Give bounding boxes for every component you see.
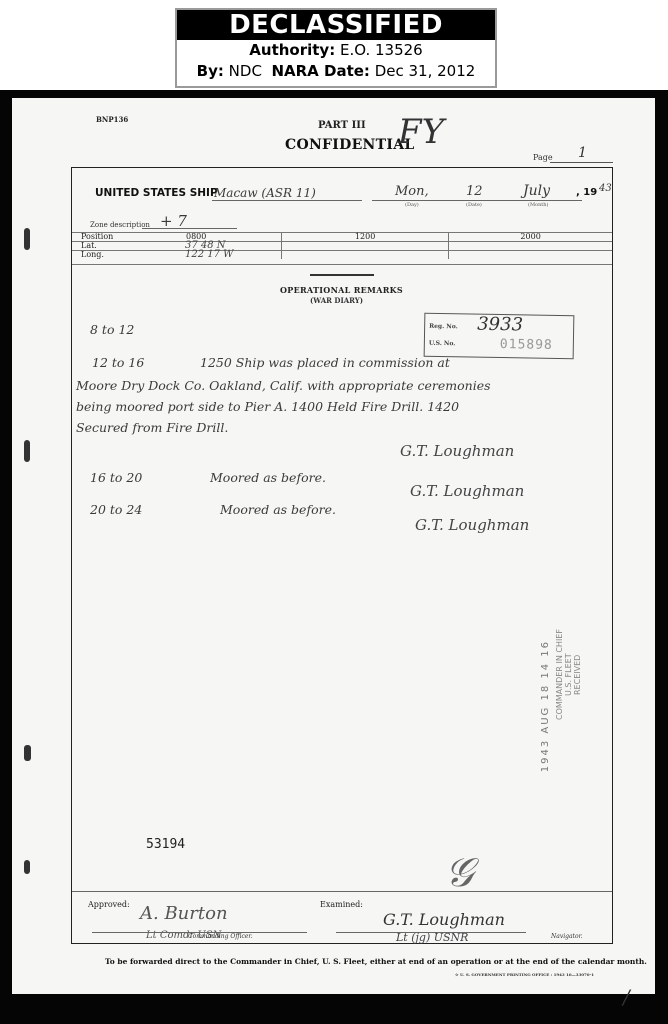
printer-mark: ☆ U. S. GOVERNMENT PRINTING OFFICE : 194… (455, 972, 594, 977)
punch-hole (24, 440, 30, 462)
lat-1200 (282, 242, 449, 251)
nara-date-label: NARA Date: (271, 62, 369, 80)
punch-hole (24, 860, 30, 874)
entry-line: Secured from Fire Drill. (76, 420, 228, 435)
part-label: PART III (318, 120, 366, 131)
page-number: 1 (578, 145, 587, 161)
approved-label: Approved: (88, 900, 130, 909)
page-mark: / (623, 985, 630, 1009)
watch-20-24: 20 to 24 (90, 502, 142, 517)
watch-officer-signature: G.T. Loughman (410, 482, 524, 500)
navigator-label: Navigator. (551, 933, 583, 940)
us-value: 015898 (500, 337, 553, 353)
declassified-title: DECLASSIFIED (177, 10, 495, 40)
registration-stamp: Reg. No. 3933 U.S. No. 015898 (424, 313, 575, 360)
watch-16-20: 16 to 20 (90, 470, 142, 485)
zone-value: + 7 (160, 212, 187, 230)
entry-text: Moored as before. (220, 502, 336, 517)
entry-text: Moored as before. (210, 470, 326, 485)
watch-officer-signature: G.T. Loughman (400, 442, 514, 460)
us-label: U.S. No. (429, 340, 456, 347)
watch-12-16: 12 to 16 (92, 355, 144, 370)
date-underline (372, 200, 582, 201)
remarks-subtitle: (WAR DIARY) (310, 296, 363, 305)
received-stamp: COMMANDER IN CHIEF U.S. FLEET RECEIVED (555, 610, 635, 740)
ship-label: UNITED STATES SHIP (95, 187, 218, 199)
date-value: 12 (466, 184, 483, 199)
signature-rule (72, 891, 612, 892)
examined-signature: G.T. Loughman (383, 910, 505, 929)
table-row: Position 0800 1200 2000 (72, 233, 612, 242)
by-label: By: (197, 62, 224, 80)
nav-signature-line (336, 932, 526, 933)
approved-signature: A. Burton (140, 903, 228, 924)
reg-value: 3933 (477, 314, 523, 336)
entry-line: being moored port side to Pier A. 1400 H… (76, 399, 459, 414)
ship-name: Macaw (ASR 11) (214, 186, 316, 200)
section-rule (310, 274, 374, 276)
punch-hole (24, 745, 31, 761)
received-line: U.S. FLEET (564, 610, 573, 740)
long-2000 (449, 251, 612, 260)
long-0800: 122 17 W (176, 251, 282, 260)
document-number: 53194 (146, 837, 185, 852)
lat-2000 (449, 242, 612, 251)
long-1200 (282, 251, 449, 260)
zone-label: Zone description (90, 221, 150, 229)
received-line: RECEIVED (573, 610, 582, 740)
entry-line: Moore Dry Dock Co. Oakland, Calif. with … (76, 378, 491, 393)
remarks-title: OPERATIONAL REMARKS (280, 285, 403, 295)
time-1200: 1200 (282, 233, 449, 242)
table-row: Long. 122 17 W (72, 251, 612, 260)
year-prefix: , 19 (576, 187, 597, 198)
day-label: (Day) (405, 202, 419, 208)
file-mark: FY (398, 112, 444, 152)
table-row: Lat. 37 48 N (72, 242, 612, 251)
co-label: Commanding Officer. (188, 933, 253, 940)
authority-label: Authority: (249, 41, 335, 59)
watch-8-12: 8 to 12 (90, 322, 134, 337)
page-underline (550, 162, 613, 163)
footer-instruction: To be forwarded direct to the Commander … (105, 957, 647, 966)
month-value: July (523, 183, 550, 199)
form-frame (71, 167, 613, 944)
authority-line: Authority: E.O. 13526 (177, 40, 495, 61)
table-bottom-rule (72, 264, 612, 265)
examined-label: Examined: (320, 900, 363, 909)
received-date: 1943 AUG 18 14 16 (540, 640, 551, 772)
row-label: Long. (72, 251, 176, 260)
reg-label: Reg. No. (429, 323, 458, 330)
month-label: (Month) (528, 202, 548, 208)
punch-hole (24, 228, 30, 250)
authority-value: E.O. 13526 (340, 41, 423, 59)
position-table: Position 0800 1200 2000 Lat. 37 48 N Lon… (72, 232, 612, 259)
by-line: By: NDC NARA Date: Dec 31, 2012 (177, 61, 495, 82)
page-label: Page (533, 153, 553, 162)
time-2000: 2000 (449, 233, 612, 242)
declassified-stamp: DECLASSIFIED Authority: E.O. 13526 By: N… (175, 8, 497, 88)
day-value: Mon, (395, 184, 429, 199)
entry-line: 1250 Ship was placed in commission at (200, 355, 450, 370)
classification-label: CONFIDENTIAL (285, 137, 415, 153)
by-value: NDC (229, 62, 262, 80)
year-suffix: 43 (599, 183, 612, 194)
zone-underline (142, 228, 237, 229)
ship-name-underline (212, 200, 362, 201)
date-label: (Date) (466, 202, 482, 208)
nara-date-value: Dec 31, 2012 (375, 62, 476, 80)
received-line: COMMANDER IN CHIEF (555, 610, 564, 740)
watch-officer-signature: G.T. Loughman (415, 516, 529, 534)
initial-mark: 𝒢 (445, 850, 473, 896)
form-id: BNP136 (96, 115, 128, 124)
